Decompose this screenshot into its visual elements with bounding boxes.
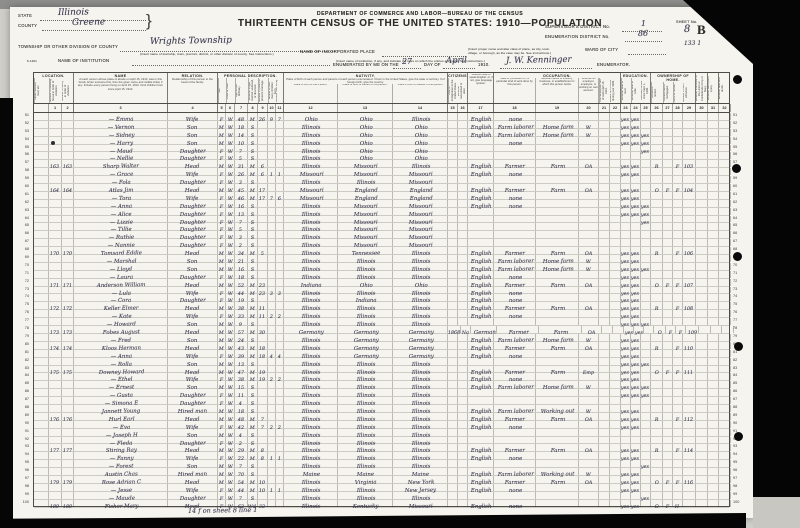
handwritten-entry: Farm <box>551 306 565 314</box>
handwritten-entry: S <box>251 322 254 330</box>
handwritten-entry: none <box>509 456 523 464</box>
cell-df <box>719 452 731 459</box>
line-number: 70 <box>16 262 29 270</box>
handwritten-entry: F <box>220 196 223 204</box>
department-line: DEPARTMENT OF COMMERCE AND LABOR—BUREAU … <box>317 11 523 17</box>
handwritten-entry: yes <box>641 267 649 275</box>
handwritten-entry: W <box>227 275 232 283</box>
column-number: 21 <box>599 104 610 112</box>
handwritten-entry: M <box>219 188 224 196</box>
cell-wk <box>610 437 621 444</box>
handwritten-entry: Son <box>187 338 198 346</box>
line-number: 80 <box>16 341 29 349</box>
cell-fm <box>62 381 74 388</box>
handwritten-entry: English <box>471 117 492 125</box>
handwritten-entry: — Joseph H <box>105 432 137 440</box>
line-number: 68 <box>16 246 29 254</box>
handwritten-entry: OA <box>585 283 593 291</box>
cell-om <box>663 168 673 175</box>
cell-vt <box>696 358 708 365</box>
handwritten-entry: M <box>219 141 224 149</box>
cell-om <box>663 397 673 404</box>
handwritten-entry: O <box>654 369 658 377</box>
column-number: 28 <box>673 104 683 112</box>
cell-bl <box>708 294 719 301</box>
cell-ow <box>599 160 610 167</box>
handwritten-entry: yes <box>641 464 649 472</box>
cell-oc <box>494 397 536 404</box>
handwritten-entry: 110 <box>684 346 693 354</box>
institution-line <box>132 64 330 66</box>
handwritten-entry: OA <box>585 306 593 314</box>
cell-in <box>536 397 579 404</box>
cell-em <box>579 492 599 499</box>
handwritten-entry: Anderson William <box>97 282 146 291</box>
enumerator-label: ENUMERATOR. <box>597 62 630 67</box>
cell-cl: 4 <box>276 350 284 357</box>
cell-cb <box>268 366 276 373</box>
handwritten-entry: Illinois <box>357 259 376 267</box>
cell-st <box>34 468 49 475</box>
handwritten-entry: F <box>676 417 679 425</box>
group-description: of each person whose place of abode on A… <box>74 78 167 91</box>
column-label: Whether able to write. <box>631 78 641 103</box>
cell-im <box>448 129 458 136</box>
cell-fm <box>62 492 74 499</box>
cell-em: W <box>579 468 599 475</box>
cell-fm: 179 <box>62 476 74 483</box>
institution-label: NAME OF INSTITUTION <box>58 58 109 63</box>
cell-fn <box>683 239 696 246</box>
handwritten-entry: F <box>220 401 223 409</box>
cell-dw: 179 <box>49 476 62 483</box>
cell-cl: 2 <box>276 421 284 428</box>
cell-fm <box>62 152 74 159</box>
cell-dw: 164 <box>49 184 62 191</box>
handwritten-entry: Son <box>187 267 198 275</box>
cell-st <box>34 113 49 120</box>
line-number: 98 <box>16 483 29 491</box>
cell-na <box>458 184 468 191</box>
census-row: 164164Atlas JimHeadMW45M17MissouriEnglan… <box>34 184 729 192</box>
handwritten-entry: Illinois <box>302 125 321 133</box>
handwritten-entry: Illinois <box>302 417 321 425</box>
cell-st <box>34 176 49 183</box>
handwritten-entry: Wife <box>186 425 198 433</box>
cell-vt <box>696 184 708 191</box>
handwritten-entry: W <box>227 338 232 346</box>
cell-om <box>663 121 673 128</box>
cell-wk <box>610 318 621 325</box>
cell-in <box>536 208 579 215</box>
handwritten-entry: 112 <box>684 417 693 425</box>
handwritten-entry: Ohio <box>414 125 427 133</box>
cell-wk <box>610 397 621 404</box>
handwritten-entry: Illinois <box>357 424 376 432</box>
handwritten-entry: 1 <box>278 488 281 496</box>
cell-wr: yes <box>631 405 641 412</box>
line-number: 82 <box>733 357 745 365</box>
cell-na <box>458 318 468 325</box>
census-row: Austin ChasHired manMW70SMaineMaineMaine… <box>34 468 729 476</box>
handwritten-entry: 2 <box>270 314 273 322</box>
cell-df <box>719 334 731 341</box>
cell-vt <box>696 389 708 396</box>
cell-cl: 3 <box>276 287 284 294</box>
handwritten-entry: yes <box>631 283 639 291</box>
cell-cb <box>268 476 276 483</box>
handwritten-entry: 26 <box>259 117 265 125</box>
handwritten-entry: Farm <box>551 188 565 196</box>
handwritten-entry: S <box>251 267 254 275</box>
cell-cb: 2 <box>268 310 276 317</box>
handwritten-entry: 14 <box>238 133 244 141</box>
cell-yM <box>258 239 268 246</box>
cell-df <box>719 113 731 120</box>
cell-cb <box>268 247 276 254</box>
column-group: OCCUPATION.Trade or profession of, or pa… <box>494 73 621 103</box>
cell-df <box>719 121 731 128</box>
cell-ow <box>599 405 610 412</box>
cell-vt <box>696 366 708 373</box>
cell-cl <box>276 160 284 167</box>
cell-im <box>448 176 458 183</box>
cell-df <box>719 216 731 223</box>
handwritten-entry: M <box>250 330 255 338</box>
handwritten-entry: English <box>471 132 492 140</box>
handwritten-entry: 6 <box>261 172 264 180</box>
handwritten-entry: Illinois <box>412 409 431 417</box>
handwritten-entry: W <box>586 267 591 275</box>
cell-ow <box>599 413 610 420</box>
cell-df <box>719 137 731 144</box>
cell-im <box>448 358 458 365</box>
cell-cb <box>268 152 276 159</box>
handwritten-entry: Son <box>187 140 198 148</box>
cell-ow <box>599 302 610 309</box>
handwritten-entry: 24 <box>238 338 244 346</box>
cell-im <box>448 137 458 144</box>
handwritten-entry: yes <box>631 204 639 212</box>
cell-na <box>458 444 468 451</box>
column-number: 2 <box>62 104 74 112</box>
cell-na <box>458 310 468 317</box>
cell-oc: Farmer <box>494 184 536 191</box>
cell-df <box>719 437 731 444</box>
line-number: 95 <box>16 459 29 467</box>
cell-vt <box>696 429 708 436</box>
cell-ow <box>599 460 610 467</box>
cell-ow <box>599 279 610 286</box>
census-row: — EmmaWifeFW48M2697OhioOhioIllinoisEngli… <box>34 113 729 121</box>
handwritten-entry: W <box>227 488 232 496</box>
cell-dw <box>49 263 62 270</box>
hole-punch <box>734 342 743 351</box>
line-number: 77 <box>733 317 745 325</box>
township-label: TOWNSHIP OR OTHER DIVISION OF COUNTY <box>18 44 118 49</box>
cell-cb <box>268 405 276 412</box>
cell-yM: 10 <box>258 476 268 483</box>
cell-df <box>719 373 731 380</box>
handwritten-entry: OA <box>585 480 593 488</box>
cell-df <box>719 310 731 317</box>
handwritten-entry: — Alice <box>111 211 132 219</box>
cell-yM: 6 <box>258 160 268 167</box>
handwritten-entry: O <box>654 504 658 512</box>
cell-im <box>448 452 458 459</box>
handwritten-entry: — Harry <box>110 140 133 148</box>
cell-em <box>579 437 599 444</box>
line-number: 100 <box>733 499 745 507</box>
handwritten-entry: none <box>509 204 523 212</box>
line-number: 67 <box>733 238 745 246</box>
handwritten-entry: OA <box>585 164 593 172</box>
cell-oh <box>651 216 663 223</box>
cell-bl <box>708 208 719 215</box>
handwritten-entry: W <box>227 480 232 488</box>
cell-im <box>448 381 458 388</box>
handwritten-entry: England <box>410 196 433 204</box>
cell-om <box>663 129 673 136</box>
cell-oh: O <box>651 184 663 191</box>
cell-wk <box>610 231 621 238</box>
cell-fm <box>62 200 74 207</box>
cell-fm: 172 <box>62 302 74 309</box>
handwritten-entry: 180 <box>50 503 59 511</box>
cell-cb <box>268 239 276 246</box>
handwritten-entry: 48 <box>238 417 244 425</box>
handwritten-entry: Tennessee <box>352 251 381 259</box>
column-label: Weeks out of work during year 1909. <box>610 78 621 103</box>
column-group: NATIVITY.Place of birth of each person a… <box>284 73 448 103</box>
cell-fm <box>62 113 74 120</box>
column-label: Age at last birthday. <box>235 78 248 103</box>
cell-im <box>448 184 458 191</box>
handwritten-entry: S <box>251 275 254 283</box>
column-number: 9 <box>258 104 268 112</box>
cell-ow <box>599 437 610 444</box>
cell-om <box>663 350 673 357</box>
handwritten-entry: yes <box>621 251 629 259</box>
cell-bl <box>708 137 719 144</box>
cell-dw <box>49 176 62 183</box>
handwritten-entry: F <box>676 164 679 172</box>
cell-cl <box>276 302 284 309</box>
cell-im <box>448 152 458 159</box>
cell-bl <box>708 192 719 199</box>
handwritten-entry: Head <box>185 330 200 338</box>
cell-om <box>663 468 673 475</box>
line-number: 62 <box>733 199 745 207</box>
handwritten-entry: M <box>250 417 255 425</box>
handwritten-entry: 172 <box>50 306 59 314</box>
handwritten-entry: yes <box>621 354 629 362</box>
handwritten-entry: Head <box>185 480 200 488</box>
cell-bl <box>708 484 719 491</box>
cell-df <box>719 287 731 294</box>
cell-om: F <box>663 279 673 286</box>
cell-sc <box>641 184 651 191</box>
column-group: Whether blind (both eyes). <box>708 73 719 103</box>
line-number: 76 <box>733 309 745 317</box>
handwritten-entry: Illinois <box>357 267 376 275</box>
handwritten-entry: 170 <box>63 251 72 259</box>
cell-cl: 6 <box>276 192 284 199</box>
cell-bl <box>708 334 719 341</box>
cell-im <box>448 113 458 120</box>
cell-dw: 174 <box>49 342 62 349</box>
cell-bl <box>708 492 719 499</box>
handwritten-entry: Illinois <box>412 417 431 425</box>
cell-vt <box>696 397 708 404</box>
cell-cl <box>276 271 284 278</box>
line-number: 94 <box>16 451 29 459</box>
cell-df <box>719 200 731 207</box>
cell-sc <box>641 279 651 286</box>
cell-fm: 174 <box>62 342 74 349</box>
cell-rd <box>621 223 631 230</box>
handwritten-entry: M <box>219 417 224 425</box>
cell-cl <box>276 223 284 230</box>
handwritten-entry: 173 <box>63 330 72 338</box>
cell-na <box>458 373 468 380</box>
cell-dw <box>49 358 62 365</box>
handwritten-entry: Illinois <box>302 432 321 440</box>
cell-dw <box>49 231 62 238</box>
line-number: 66 <box>16 230 29 238</box>
handwritten-entry: yes <box>631 354 639 362</box>
column-number: 26 <box>651 104 663 112</box>
handwritten-entry: M <box>250 117 255 125</box>
cell-fn: 106 <box>683 247 696 254</box>
handwritten-entry: Germany <box>408 353 433 361</box>
cell-wk <box>610 294 621 301</box>
county-value: Greene <box>72 17 105 28</box>
cell-cl <box>276 476 284 483</box>
enumerator-signature: J. W. Kenninger <box>506 55 572 66</box>
cell-om <box>663 255 673 262</box>
column-number: 7 <box>235 104 248 112</box>
line-number: 90 <box>733 420 745 428</box>
cell-sc <box>641 413 651 420</box>
cell-df <box>719 192 731 199</box>
cell-cb <box>268 326 276 333</box>
handwritten-entry: W <box>586 472 591 480</box>
handwritten-entry: S <box>251 180 254 188</box>
handwritten-entry: 114 <box>684 448 693 456</box>
ward-line <box>628 53 666 55</box>
line-number: 97 <box>733 475 745 483</box>
cell-cl <box>276 279 284 286</box>
cell-rd: yes <box>621 247 631 254</box>
column-group: EDUCATION.Whether able to read.Whether a… <box>621 73 651 103</box>
cell-vt <box>696 263 708 270</box>
handwritten-entry: 21 <box>238 259 244 267</box>
cell-in <box>536 216 579 223</box>
column-group: LOCATION.Street, avenue, road, etc.Numbe… <box>34 73 74 103</box>
cell-em <box>579 231 599 238</box>
cell-st <box>34 310 49 317</box>
cell-fm: 170 <box>62 247 74 254</box>
cell-cb: 3 <box>268 287 276 294</box>
handwritten-entry: Farm laborer <box>497 408 533 417</box>
cell-ow <box>599 500 610 507</box>
handwritten-entry: yes <box>621 204 629 212</box>
cell-vt <box>696 405 708 412</box>
cell-dw <box>49 145 62 152</box>
cell-bl <box>708 405 719 412</box>
cell-sc <box>641 405 651 412</box>
handwritten-entry: 172 <box>63 306 72 314</box>
cell-dw <box>49 294 62 301</box>
cell-na <box>458 168 468 175</box>
handwritten-entry: yes <box>641 148 649 156</box>
cell-ow <box>599 168 610 175</box>
cell-df <box>719 255 731 262</box>
handwritten-entry: English <box>471 196 492 204</box>
handwritten-entry: W <box>227 401 232 409</box>
line-number: 59 <box>733 175 745 183</box>
cell-fh <box>673 263 683 270</box>
handwritten-entry: Kloos Herman <box>102 345 141 354</box>
handwritten-entry: Illinois <box>412 495 431 503</box>
cell-na <box>458 160 468 167</box>
cell-fn: 110 <box>683 342 696 349</box>
cell-na <box>458 429 468 436</box>
census-row: — TillieDaughterFW5SIllinoisMissouriMiss… <box>34 223 729 231</box>
handwritten-entry: Germany <box>353 345 378 353</box>
cell-fm <box>62 358 74 365</box>
handwritten-entry: R <box>655 448 659 456</box>
column-label: Owned free or mortgaged. <box>663 82 673 103</box>
handwritten-entry: Home farm <box>542 266 573 274</box>
handwritten-entry: Son <box>187 432 198 440</box>
cell-st <box>34 152 49 159</box>
cell-oh: O <box>651 366 663 373</box>
handwritten-entry: 45 <box>238 188 244 196</box>
cell-fh <box>673 318 683 325</box>
cell-vt <box>696 318 708 325</box>
cell-fn <box>683 492 696 499</box>
handwritten-entry: Illinois <box>357 274 376 282</box>
handwritten-entry: yes <box>631 117 639 125</box>
handwritten-entry: Missouri <box>409 211 433 219</box>
handwritten-entry: Farm <box>551 369 565 377</box>
handwritten-entry: 164 <box>63 188 72 196</box>
cell-cb <box>268 208 276 215</box>
cell-dw <box>49 152 62 159</box>
handwritten-entry: Illinois <box>357 488 376 496</box>
cell-fn <box>683 152 696 159</box>
cell-vt <box>696 452 708 459</box>
table-header: LOCATION.Street, avenue, road, etc.Numbe… <box>34 73 729 104</box>
cell-im <box>448 247 458 254</box>
handwritten-entry: England <box>355 196 378 204</box>
cell-fh <box>673 145 683 152</box>
cell-na <box>458 397 468 404</box>
enum-year: 1910. <box>478 62 490 67</box>
cell-st <box>34 342 49 349</box>
handwritten-entry: 17 <box>259 196 265 204</box>
census-row: — FledaDaughterFW2SIllinoisIllinoisIllin… <box>34 437 729 445</box>
line-number: 86 <box>733 388 745 396</box>
handwritten-entry: Ohio <box>359 117 372 125</box>
handwritten-entry: Illinois <box>302 338 321 346</box>
cell-fh: H <box>673 500 683 507</box>
cell-sc <box>641 444 651 451</box>
cell-na <box>458 342 468 349</box>
cell-yM <box>258 389 268 396</box>
